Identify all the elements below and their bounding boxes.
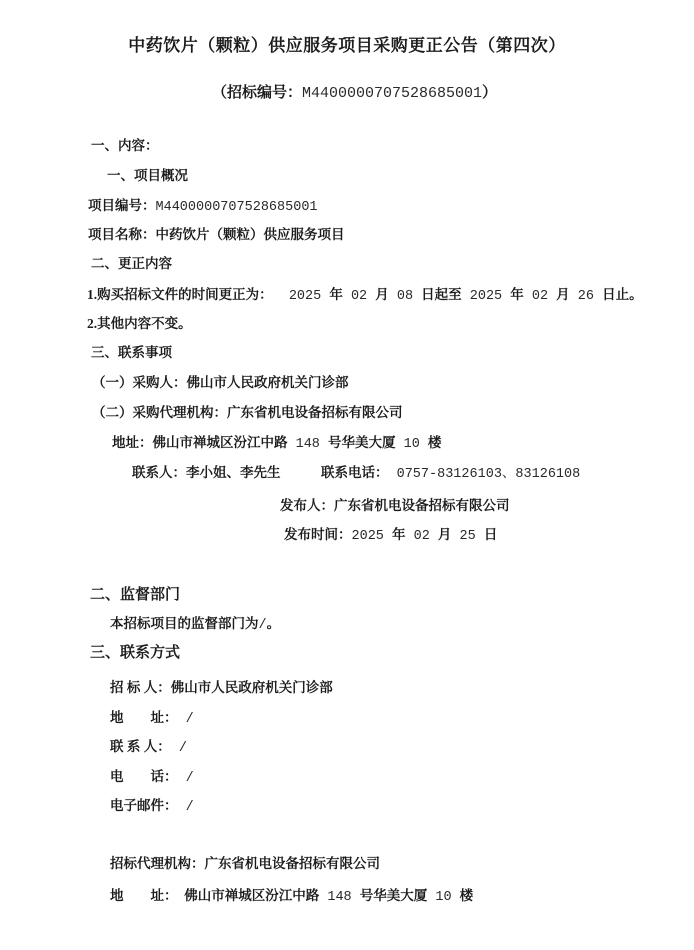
label-text: 地 址： 佛山市禅城区汾江中路 [110,888,319,903]
value-text: 02 [343,289,375,304]
value-text: 10 [427,890,459,905]
value-text: / [178,800,194,815]
value-text: 0757-83126103、83126108 [389,467,581,482]
value-text: 26 [570,289,602,304]
correction-item-1: 1.购买招标文件的时间更正为： 2025 年 02 月 08 日起至 2025 … [87,287,643,306]
value-text: 148 [288,437,329,452]
value-text: / [178,771,194,786]
value-text: / [178,712,194,727]
label-text: 一、项目概况 [107,168,188,183]
value-text: / [171,741,187,756]
value-text: 148 [319,890,360,905]
label-text: 联系电话： [321,465,389,480]
label-text: 发布人：广东省机电设备招标有限公司 [280,498,510,513]
label-text: 月 [438,527,452,542]
page: 中药饮片（颗粒）供应服务项目采购更正公告（第四次） （招标编号：M4400000… [0,0,694,950]
value-text: 25 [451,529,483,544]
label-text [281,465,322,480]
project-number-line: 项目编号：M4400000707528685001 [88,198,318,217]
label-text: 项目名称：中药饮片（颗粒）供应服务项目 [88,227,345,242]
contact-matters-heading: 三、联系事项 [91,345,172,362]
content-heading: 一、内容： [91,138,159,155]
bidder-email-line: 电子邮件： / [110,798,194,817]
correction-heading: 二、更正内容 [91,256,172,273]
label-text: 一、内容： [91,138,159,153]
label-text: （二）采购代理机构：广东省机电设备招标有限公司 [92,405,403,420]
publish-date-line: 发布时间：2025 年 02 月 25 日 [284,527,497,546]
label-text: 年 [329,287,343,302]
label-text: 号华美大厦 [360,888,428,903]
contact-info-heading: 三、联系方式 [90,644,180,663]
bid-number-prefix: （招标编号： [212,85,302,101]
document-subtitle: （招标编号：M4400000707528685001） [0,64,694,119]
bid-number-suffix: ） [482,85,497,101]
agency-address-line: 地址：佛山市禅城区汾江中路 148 号华美大厦 10 楼 [112,435,441,454]
purchaser-line: （一）采购人：佛山市人民政府机关门诊部 [92,375,349,392]
value-text: 2025 [352,529,393,544]
bidder-contact-line: 联 系 人： / [110,739,187,758]
label-text: 年 [510,287,524,302]
value-text: M4400000707528685001 [156,200,318,215]
label-text: 日 [484,527,498,542]
supervision-line: 本招标项目的监督部门为/。 [110,616,280,635]
label-text: 二、更正内容 [91,256,172,271]
label-text: 月 [556,287,570,302]
label-text: 三、联系方式 [90,645,180,661]
bid-number-value: M4400000707528685001 [302,85,482,102]
label-text: 日止。 [602,287,643,302]
label-text: 日起至 [421,287,462,302]
bid-agency-line: 招标代理机构：广东省机电设备招标有限公司 [110,856,380,873]
bidder-line: 招 标 人：佛山市人民政府机关门诊部 [110,680,333,697]
label-text: 地 址： [110,710,178,725]
publisher-line: 发布人：广东省机电设备招标有限公司 [280,498,510,515]
label-text: 二、监督部门 [90,587,180,603]
label-text: 联系人：李小姐、李先生 [132,465,281,480]
value-text: 02 [524,289,556,304]
value-text: 08 [389,289,421,304]
label-text: 楼 [428,435,442,450]
label-text: 本招标项目的监督部门为 [110,616,259,631]
label-text: 地址：佛山市禅城区汾江中路 [112,435,288,450]
label-text: 号华美大厦 [328,435,396,450]
label-text: 。 [267,616,281,631]
label-text: 招 标 人：佛山市人民政府机关门诊部 [110,680,333,695]
value-text: 2025 [462,289,511,304]
agency-line: （二）采购代理机构：广东省机电设备招标有限公司 [92,405,403,422]
label-text: （一）采购人：佛山市人民政府机关门诊部 [92,375,349,390]
document-title: 中药饮片（颗粒）供应服务项目采购更正公告（第四次） [0,31,694,56]
label-text: 联 系 人： [110,739,171,754]
label-text: 电 话： [110,769,178,784]
label-text: 月 [375,287,389,302]
agency-contact-line: 联系人：李小姐、李先生 联系电话： 0757-83126103、83126108 [132,465,580,484]
project-overview-heading: 一、项目概况 [107,168,188,185]
value-text: 10 [396,437,428,452]
value-text: 02 [406,529,438,544]
supervision-heading: 二、监督部门 [90,586,180,605]
value-text: 2025 [273,289,330,304]
label-text: 1.购买招标文件的时间更正为： [87,287,273,302]
label-text: 2.其他内容不变。 [87,316,192,331]
bid-agency-address-line: 地 址： 佛山市禅城区汾江中路 148 号华美大厦 10 楼 [110,888,473,907]
label-text: 楼 [460,888,474,903]
label-text: 招标代理机构：广东省机电设备招标有限公司 [110,856,380,871]
label-text: 年 [392,527,406,542]
label-text: 发布时间： [284,527,352,542]
label-text: 电子邮件： [110,798,178,813]
bidder-phone-line: 电 话： / [110,769,194,788]
value-text: / [259,618,267,633]
project-name-line: 项目名称：中药饮片（颗粒）供应服务项目 [88,227,345,244]
label-text: 三、联系事项 [91,345,172,360]
bidder-address-line: 地 址： / [110,710,194,729]
label-text: 项目编号： [88,198,156,213]
correction-item-2: 2.其他内容不变。 [87,316,192,333]
